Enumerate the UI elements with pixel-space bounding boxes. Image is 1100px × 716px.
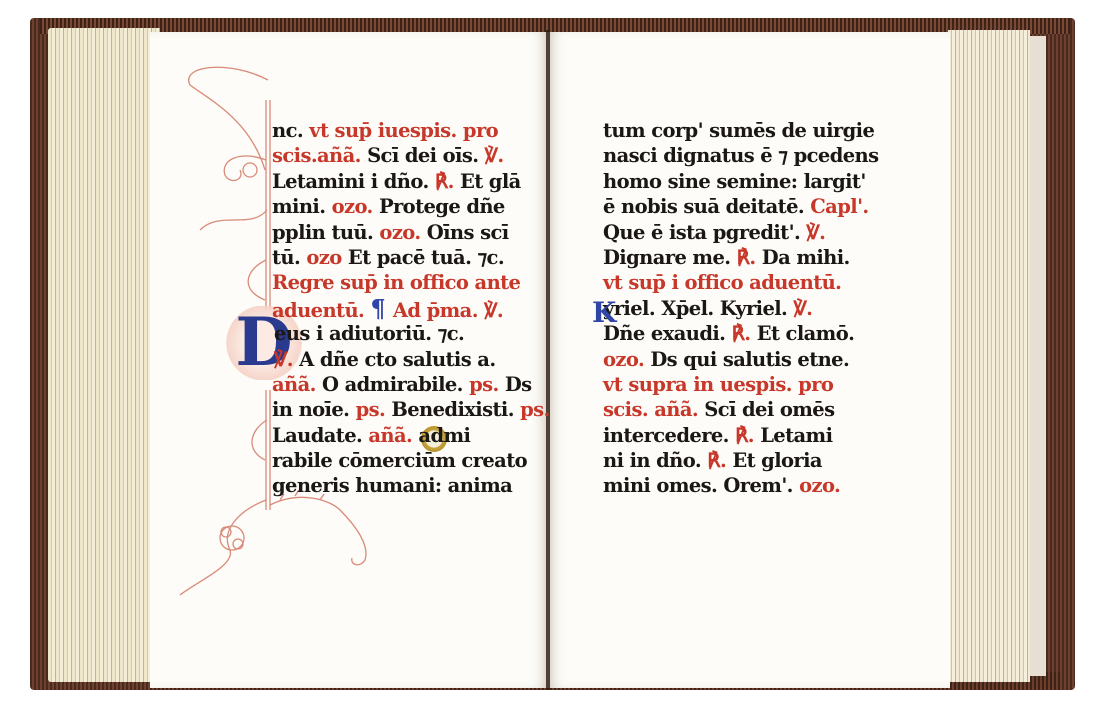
- text-line: scis. añã. Scī dei omēs: [603, 397, 879, 422]
- text-segment: Que ē ista pgredit'.: [603, 221, 806, 244]
- text-segment: Et gloria: [732, 449, 822, 472]
- text-segment: Da mihi.: [762, 246, 850, 269]
- text-segment: yriel. Xp̄el. Kyriel.: [603, 297, 793, 320]
- rubric-text: ozo.: [799, 474, 840, 497]
- text-segment: O admirabile.: [322, 373, 469, 396]
- right-page-block-edge: [948, 30, 1030, 682]
- text-segment: ē nobis suā deitatē.: [603, 195, 810, 218]
- text-segment: Dñe exaudi.: [603, 322, 732, 345]
- rubric-text: ozo.: [332, 195, 379, 218]
- rubric-text: ℟.: [737, 246, 762, 269]
- text-segment: Et glā: [460, 170, 521, 193]
- rubric-text: ℟.: [435, 170, 460, 193]
- text-segment: Letamini i dño.: [272, 170, 435, 193]
- text-segment: mini omes. Orem'.: [603, 474, 799, 497]
- text-line: nc. vt sup̄ iuespis. pro: [272, 118, 550, 143]
- text-line: nasci dignatus ē ⁊ pcedens: [603, 143, 879, 168]
- text-segment: Scī dei omēs: [704, 398, 834, 421]
- text-line: añã. O admirabile. ps. Ds: [272, 372, 550, 397]
- rubric-text: ps.: [356, 398, 392, 421]
- text-line: homo sine semine: largit': [603, 169, 879, 194]
- right-page-text: tum corp' sumēs de uirgienasci dignatus …: [603, 118, 879, 499]
- text-segment: Scī dei oīs.: [367, 144, 485, 167]
- rubric-text: vt sup̄ iuespis.: [303, 119, 463, 142]
- rubric-text: vt supra in uespis. pro: [603, 373, 833, 396]
- rubric-text: scis.añã.: [272, 144, 367, 167]
- text-segment: eus i adiutoriū. ⁊c.: [274, 322, 464, 345]
- blue-initial-K: K: [592, 296, 616, 329]
- rubric-text: ps.: [469, 373, 505, 396]
- text-line: Laudate. añã. admi: [272, 423, 550, 448]
- text-line: Letamini i dño. ℟. Et glā: [272, 169, 550, 194]
- text-segment: ni in dño.: [603, 449, 707, 472]
- left-page-block-edge: [48, 28, 160, 682]
- text-line: aduentū. ¶ Ad p̄ma. ℣.: [272, 296, 550, 321]
- rubric-text: ps.: [520, 398, 550, 421]
- text-segment: Ds: [505, 373, 532, 396]
- rubric-text: scis. añã.: [603, 398, 704, 421]
- text-line: ozo. Ds qui salutis etne.: [603, 347, 879, 372]
- text-segment: rabile cōmerciūm creato: [272, 449, 527, 472]
- text-segment: generis humani: anima: [272, 474, 512, 497]
- text-line: mini omes. Orem'. ozo.: [603, 473, 879, 498]
- rubric-text: pro: [463, 119, 498, 142]
- text-line: tum corp' sumēs de uirgie: [603, 118, 879, 143]
- text-line: Que ē ista pgredit'. ℣.: [603, 220, 879, 245]
- rubric-text: Ad p̄ma. ℣.: [393, 299, 503, 322]
- text-line: in noīe. ps. Benedixisti. ps.: [272, 397, 550, 422]
- rubric-text: añã.: [368, 424, 418, 447]
- text-line: Regre sup̄ in offico ante: [272, 270, 550, 295]
- text-segment: nc.: [272, 119, 303, 142]
- text-line: scis.añã. Scī dei oīs. ℣.: [272, 143, 550, 168]
- manuscript-photo: D nc. vt sup̄ iuespis. proscis.añã. Scī …: [0, 0, 1100, 716]
- left-page-text: nc. vt sup̄ iuespis. proscis.añã. Scī de…: [272, 118, 550, 499]
- rubric-text: Regre sup̄ in offico ante: [272, 271, 520, 294]
- text-segment: Et clamō.: [757, 322, 855, 345]
- text-line: mini. ozo. Protege dñe: [272, 194, 550, 219]
- text-line: ē nobis suā deitatē. Capl'.: [603, 194, 879, 219]
- text-line: rabile cōmerciūm creato: [272, 448, 550, 473]
- text-segment: tum corp' sumēs de uirgie: [603, 119, 874, 142]
- text-line: vt supra in uespis. pro: [603, 372, 879, 397]
- text-segment: in noīe.: [272, 398, 356, 421]
- rubric-text: ℣.: [274, 348, 299, 371]
- text-segment: ¶: [370, 294, 392, 323]
- rubric-text: ℣.: [806, 221, 825, 244]
- text-line: eus i adiutoriū. ⁊c.: [272, 321, 550, 346]
- text-segment: Et pacē tuā. ⁊c.: [348, 246, 504, 269]
- text-segment: mini.: [272, 195, 332, 218]
- text-line: intercedere. ℟. Letami: [603, 423, 879, 448]
- text-segment: admi: [418, 424, 470, 447]
- rubric-text: vt sup̄ i offico aduentū.: [603, 271, 841, 294]
- rubric-text: ozo.: [603, 348, 650, 371]
- rubric-text: ozo.: [379, 221, 426, 244]
- text-line: ℣. A dñe cto salutis a.: [272, 347, 550, 372]
- text-segment: tū.: [272, 246, 306, 269]
- text-segment: pplin tuū.: [272, 221, 379, 244]
- text-segment: Benedixisti.: [391, 398, 520, 421]
- text-segment: Dignare me.: [603, 246, 737, 269]
- rubric-text: ℟.: [707, 449, 732, 472]
- rubric-text: Capl'.: [810, 195, 868, 218]
- rubric-text: ℟.: [735, 424, 760, 447]
- text-line: generis humani: anima: [272, 473, 550, 498]
- text-segment: Laudate.: [272, 424, 368, 447]
- text-line: yriel. Xp̄el. Kyriel. ℣.: [603, 296, 879, 321]
- text-segment: A dñe cto salutis a.: [299, 348, 495, 371]
- text-line: vt sup̄ i offico aduentū.: [603, 270, 879, 295]
- rubric-text: ℟.: [732, 322, 757, 345]
- text-segment: homo sine semine: largit': [603, 170, 866, 193]
- rubric-text: aduentū.: [272, 299, 370, 322]
- rubric-text: añã.: [272, 373, 322, 396]
- text-segment: Ds qui salutis etne.: [650, 348, 849, 371]
- text-line: ni in dño. ℟. Et gloria: [603, 448, 879, 473]
- text-line: tū. ozo Et pacē tuā. ⁊c.: [272, 245, 550, 270]
- rubric-text: ozo: [306, 246, 347, 269]
- text-segment: Protege dñe: [379, 195, 505, 218]
- right-pastedown: [1028, 36, 1046, 676]
- rubric-text: ℣.: [485, 144, 504, 167]
- text-line: pplin tuū. ozo. Oīns scī: [272, 220, 550, 245]
- text-segment: Oīns scī: [427, 221, 509, 244]
- text-line: Dñe exaudi. ℟. Et clamō.: [603, 321, 879, 346]
- rubric-text: ℣.: [793, 297, 812, 320]
- text-line: Dignare me. ℟. Da mihi.: [603, 245, 879, 270]
- text-segment: intercedere.: [603, 424, 735, 447]
- text-segment: Letami: [760, 424, 832, 447]
- text-segment: nasci dignatus ē ⁊ pcedens: [603, 144, 879, 167]
